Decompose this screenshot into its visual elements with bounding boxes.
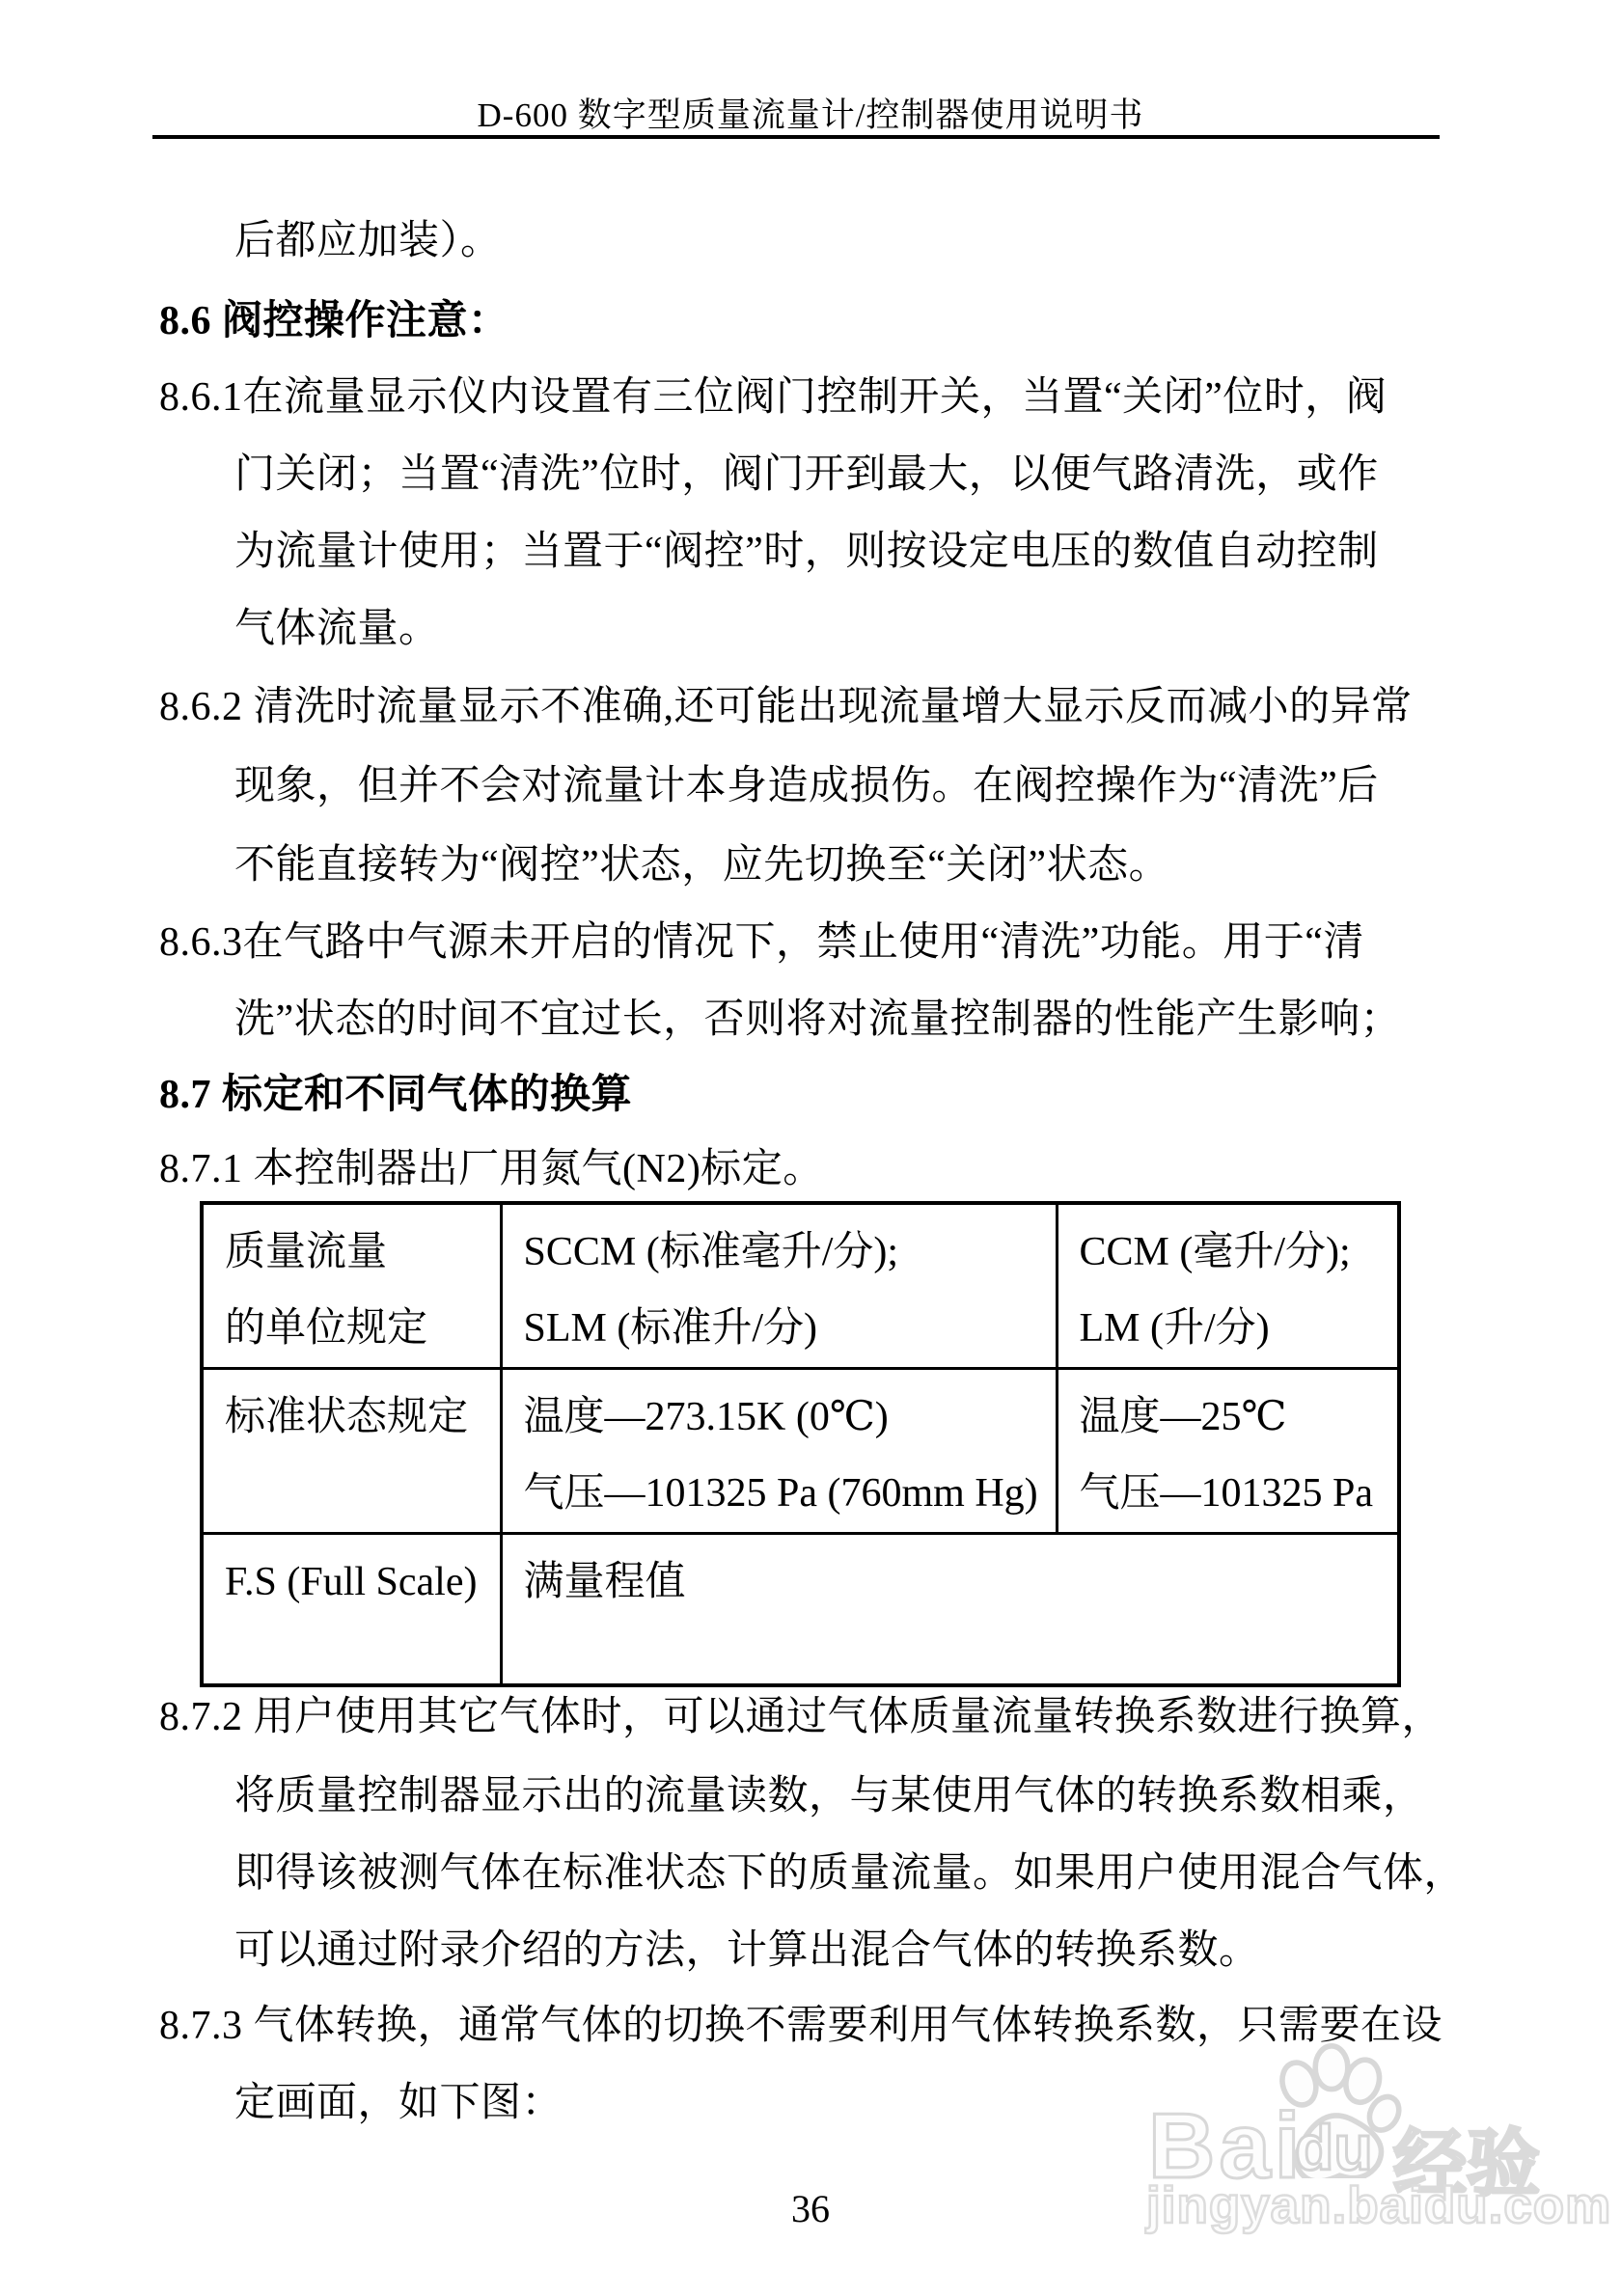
cell-text: 温度—25℃ [1080,1380,1390,1456]
table-cell: 温度—273.15K (0℃) 气压—101325 Pa (760mm Hg) [501,1369,1057,1534]
paragraph-line: 即得该被测气体在标准状态下的质量流量。如果用户使用混合气体， [234,1845,1465,1902]
table-cell: 标准状态规定 [202,1369,501,1534]
cell-text: 温度—273.15K (0℃) [524,1380,1048,1456]
document-page: D-600 数字型质量流量计/控制器使用说明书 Bai du 经验 jingya… [0,0,1621,2296]
paragraph-line: 现象，但并不会对流量计本身造成损伤。在阀控操作为“清洗”后 [234,757,1379,815]
paragraph-line: 后都应加装）。 [234,212,502,270]
table-row: F.S (Full Scale) 满量程值 [202,1534,1399,1685]
cell-text: 质量流量 [225,1215,492,1291]
paragraph-line: 将质量控制器显示出的流量读数，与某使用气体的转换系数相乘， [234,1767,1424,1825]
page-number: 36 [0,2186,1621,2231]
paragraph-line: 不能直接转为“阀控”状态，应先切换至“关闭”状态。 [234,836,1169,894]
section-line-8-6-3: 8.6.3在气路中气源未开启的情况下，禁止使用“清洗”功能。用于“清 [159,914,1364,971]
paragraph-line: 洗”状态的时间不宜过长，否则将对流量控制器的性能产生影响； [234,991,1401,1049]
table-row: 标准状态规定 温度—273.15K (0℃) 气压—101325 Pa (760… [202,1369,1399,1534]
cell-text: LM (升/分) [1080,1291,1390,1367]
cell-text: CCM (毫升/分); [1080,1215,1390,1291]
cell-text: 标准状态规定 [225,1380,492,1456]
section-line-8-7-1: 8.7.1 本控制器出厂用氮气(N2)标定。 [159,1140,824,1198]
units-definition-table: 质量流量 的单位规定 SCCM (标准毫升/分); SLM (标准升/分) CC… [200,1201,1401,1687]
paragraph-line: 定画面，如下图： [234,2074,563,2132]
paragraph-line: 可以通过附录介绍的方法，计算出混合气体的转换系数。 [234,1922,1260,1980]
table-cell: 温度—25℃ 气压—101325 Pa [1057,1369,1399,1534]
section-line-8-7-3: 8.7.3 气体转换，通常气体的切换不需要利用气体转换系数，只需要在设 [159,1997,1442,2055]
table-cell: F.S (Full Scale) [202,1534,501,1685]
header-divider-rule [152,135,1440,139]
table-cell: CCM (毫升/分); LM (升/分) [1057,1203,1399,1369]
table-cell: 质量流量 的单位规定 [202,1203,501,1369]
section-line-8-6-1: 8.6.1在流量显示仪内设置有三位阀门控制开关，当置“关闭”位时，阀 [159,369,1387,426]
page-header-title: D-600 数字型质量流量计/控制器使用说明书 [0,89,1621,137]
paragraph-line: 气体流量。 [234,600,440,658]
table-cell: SCCM (标准毫升/分); SLM (标准升/分) [501,1203,1057,1369]
cell-text: 的单位规定 [225,1291,492,1367]
watermark-brand-du: du [1295,2111,1373,2184]
cell-text: 气压—101325 Pa [1080,1456,1390,1532]
paragraph-line: 为流量计使用；当置于“阀控”时，则按设定电压的数值自动控制 [234,523,1379,581]
cell-text: 气压—101325 Pa (760mm Hg) [524,1456,1048,1532]
section-line-8-7-2: 8.7.2 用户使用其它气体时，可以通过气体质量流量转换系数进行换算， [159,1688,1442,1746]
cell-text: F.S (Full Scale) [225,1544,492,1621]
table-row: 质量流量 的单位规定 SCCM (标准毫升/分); SLM (标准升/分) CC… [202,1203,1399,1369]
paragraph-line: 门关闭；当置“清洗”位时，阀门开到最大，以便气路清洗，或作 [234,446,1379,504]
cell-text: 满量程值 [524,1544,1390,1621]
section-line-8-6-2: 8.6.2 清洗时流量显示不准确,还可能出现流量增大显示反而减小的异常 [159,678,1413,736]
cell-text: SCCM (标准毫升/分); [524,1215,1048,1291]
table-cell: 满量程值 [501,1534,1399,1685]
cell-text: SLM (标准升/分) [524,1291,1048,1367]
section-heading-8-6: 8.6 阀控操作注意： [159,292,509,350]
section-heading-8-7: 8.7 标定和不同气体的换算 [159,1066,632,1124]
